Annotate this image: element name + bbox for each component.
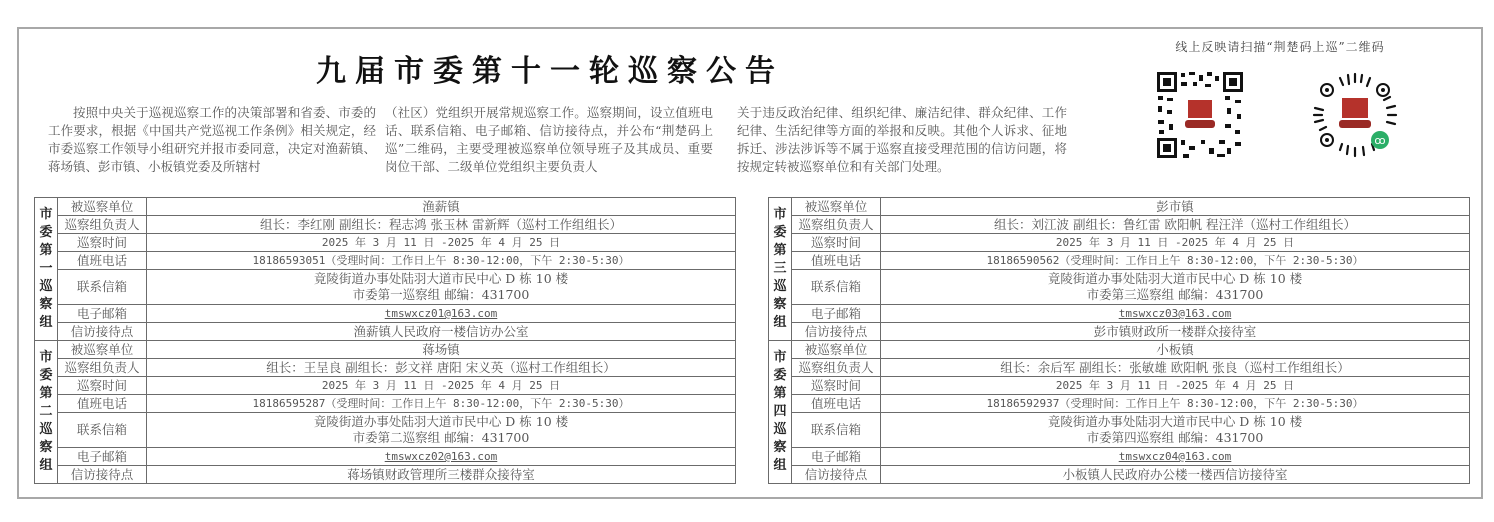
mailbox-address: 竟陵街道办事处陆羽大道市民中心 D 栋 10 楼	[147, 271, 735, 287]
label-time: 巡察时间	[792, 234, 881, 252]
email-link[interactable]: tmswxcz03@163.com	[1119, 307, 1232, 320]
label-unit: 被巡察单位	[58, 198, 147, 216]
label-reception: 信访接待点	[792, 466, 881, 484]
label-leader: 巡察组负责人	[792, 359, 881, 377]
intro-paragraph-1: 按照中央关于巡视巡察工作的决策部署和省委、市委的工作要求，根据《中国共产党巡视工…	[48, 104, 376, 176]
value-mailbox: 竟陵街道办事处陆羽大道市民中心 D 栋 10 楼 市委第三巡察组 邮编：4317…	[881, 270, 1470, 305]
label-email: 电子邮箱	[792, 305, 881, 323]
inspection-group-1-table: 市委第一巡察组 被巡察单位 渔薪镇 巡察组负责人 组长：李红刚 副组长：程志鸿 …	[34, 197, 736, 341]
value-unit: 渔薪镇	[147, 198, 736, 216]
mailbox-recipient: 市委第四巡察组 邮编：431700	[881, 430, 1469, 446]
value-time: 2025 年 3 月 11 日 -2025 年 4 月 25 日	[147, 234, 736, 252]
label-reception: 信访接待点	[58, 323, 147, 341]
qr-caption: 线上反映请扫描“荆楚码上巡”二维码	[1150, 38, 1410, 55]
label-mailbox: 联系信箱	[792, 413, 881, 448]
email-link[interactable]: tmswxcz01@163.com	[385, 307, 498, 320]
group-name: 市委第三巡察组	[769, 198, 792, 341]
value-leader: 组长：余后军 副组长：张敏雄 欧阳帆 张良（巡村工作组组长）	[881, 359, 1470, 377]
group-name: 市委第二巡察组	[35, 341, 58, 484]
value-time: 2025 年 3 月 11 日 -2025 年 4 月 25 日	[881, 234, 1470, 252]
value-time: 2025 年 3 月 11 日 -2025 年 4 月 25 日	[881, 377, 1470, 395]
intro-paragraph-3: 关于违反政治纪律、组织纪律、廉洁纪律、群众纪律、工作纪律、生活纪律等方面的举报和…	[737, 104, 1067, 176]
label-time: 巡察时间	[58, 234, 147, 252]
value-unit: 彭市镇	[881, 198, 1470, 216]
label-email: 电子邮箱	[58, 448, 147, 466]
value-leader: 组长：刘江波 副组长：鲁红雷 欧阳帆 程汪洋（巡村工作组组长）	[881, 216, 1470, 234]
label-phone: 值班电话	[58, 395, 147, 413]
mailbox-address: 竟陵街道办事处陆羽大道市民中心 D 栋 10 楼	[881, 414, 1469, 430]
qr-code-icon[interactable]	[1155, 70, 1245, 160]
value-mailbox: 竟陵街道办事处陆羽大道市民中心 D 栋 10 楼 市委第一巡察组 邮编：4317…	[147, 270, 736, 305]
value-unit: 蒋场镇	[147, 341, 736, 359]
label-time: 巡察时间	[58, 377, 147, 395]
value-phone: 18186592937（受理时间：工作日上午 8:30-12:00，下午 2:3…	[881, 395, 1470, 413]
inspection-group-3-table: 市委第三巡察组 被巡察单位 彭市镇 巡察组负责人 组长：刘江波 副组长：鲁红雷 …	[768, 197, 1470, 341]
inspection-group-2-table: 市委第二巡察组 被巡察单位 蒋场镇 巡察组负责人 组长：王呈良 副组长：彭文祥 …	[34, 340, 736, 484]
value-mailbox: 竟陵街道办事处陆羽大道市民中心 D 栋 10 楼 市委第二巡察组 邮编：4317…	[147, 413, 736, 448]
label-reception: 信访接待点	[58, 466, 147, 484]
value-time: 2025 年 3 月 11 日 -2025 年 4 月 25 日	[147, 377, 736, 395]
label-phone: 值班电话	[792, 395, 881, 413]
value-phone: 18186593051（受理时间：工作日上午 8:30-12:00，下午 2:3…	[147, 252, 736, 270]
label-mailbox: 联系信箱	[58, 270, 147, 305]
label-reception: 信访接待点	[792, 323, 881, 341]
label-mailbox: 联系信箱	[58, 413, 147, 448]
label-leader: 巡察组负责人	[58, 359, 147, 377]
inspection-group-4-table: 市委第四巡察组 被巡察单位 小板镇 巡察组负责人 组长：余后军 副组长：张敏雄 …	[768, 340, 1470, 484]
value-reception: 蒋场镇财政管理所三楼群众接待室	[147, 466, 736, 484]
mini-program-code-icon[interactable]: ꝏ	[1310, 70, 1400, 160]
email-link[interactable]: tmswxcz02@163.com	[385, 450, 498, 463]
label-phone: 值班电话	[58, 252, 147, 270]
label-email: 电子邮箱	[792, 448, 881, 466]
value-reception: 渔薪镇人民政府一楼信访办公室	[147, 323, 736, 341]
label-unit: 被巡察单位	[792, 341, 881, 359]
email-link[interactable]: tmswxcz04@163.com	[1119, 450, 1232, 463]
value-mailbox: 竟陵街道办事处陆羽大道市民中心 D 栋 10 楼 市委第四巡察组 邮编：4317…	[881, 413, 1470, 448]
intro-paragraph-2: （社区）党组织开展常规巡察工作。巡察期间，设立值班电话、联系信箱、电子邮箱、信访…	[385, 104, 713, 176]
label-time: 巡察时间	[792, 377, 881, 395]
label-unit: 被巡察单位	[792, 198, 881, 216]
group-name: 市委第一巡察组	[35, 198, 58, 341]
label-email: 电子邮箱	[58, 305, 147, 323]
label-leader: 巡察组负责人	[58, 216, 147, 234]
label-unit: 被巡察单位	[58, 341, 147, 359]
label-mailbox: 联系信箱	[792, 270, 881, 305]
label-phone: 值班电话	[792, 252, 881, 270]
value-phone: 18186590562（受理时间：工作日上午 8:30-12:00，下午 2:3…	[881, 252, 1470, 270]
mailbox-recipient: 市委第二巡察组 邮编：431700	[147, 430, 735, 446]
group-name: 市委第四巡察组	[769, 341, 792, 484]
svg-text:ꝏ: ꝏ	[1374, 134, 1385, 147]
page-title: 九届市委第十一轮巡察公告	[300, 46, 800, 90]
value-phone: 18186595287（受理时间：工作日上午 8:30-12:00，下午 2:3…	[147, 395, 736, 413]
label-leader: 巡察组负责人	[792, 216, 881, 234]
mailbox-recipient: 市委第三巡察组 邮编：431700	[881, 287, 1469, 303]
value-leader: 组长：王呈良 副组长：彭文祥 唐阳 宋义英（巡村工作组组长）	[147, 359, 736, 377]
mailbox-address: 竟陵街道办事处陆羽大道市民中心 D 栋 10 楼	[881, 271, 1469, 287]
value-reception: 小板镇人民政府办公楼一楼西信访接待室	[881, 466, 1470, 484]
value-reception: 彭市镇财政所一楼群众接待室	[881, 323, 1470, 341]
value-leader: 组长：李红刚 副组长：程志鸿 张玉林 雷新辉（巡村工作组组长）	[147, 216, 736, 234]
mailbox-address: 竟陵街道办事处陆羽大道市民中心 D 栋 10 楼	[147, 414, 735, 430]
mailbox-recipient: 市委第一巡察组 邮编：431700	[147, 287, 735, 303]
value-unit: 小板镇	[881, 341, 1470, 359]
